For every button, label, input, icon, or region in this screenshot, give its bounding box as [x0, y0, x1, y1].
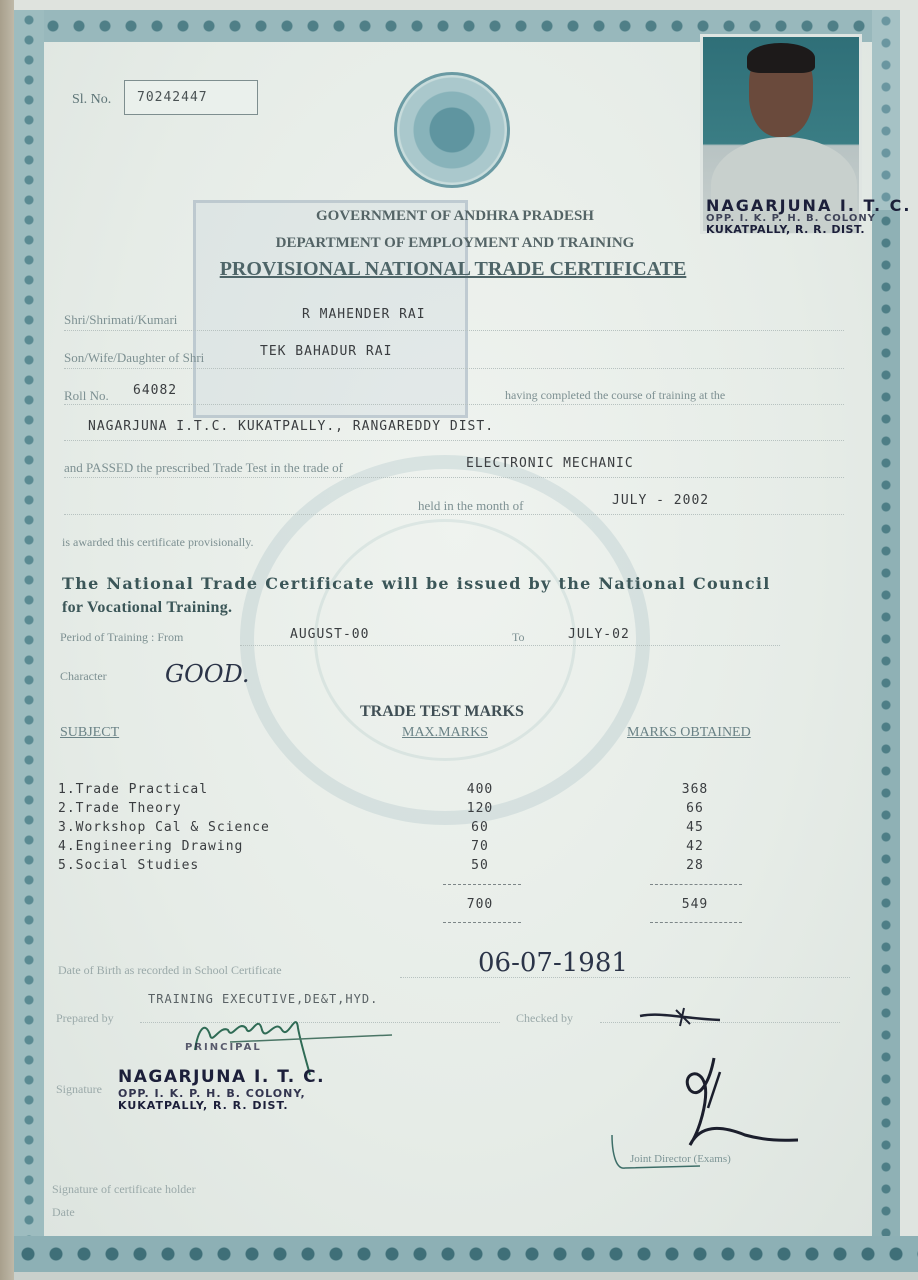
signature-label: Signature — [56, 1082, 102, 1097]
principal-institute-stamp: NAGARJUNA I. T. C. OPP. I. K. P. H. B. C… — [118, 1068, 358, 1113]
principal-stamp-line-3: KUKATPALLY, R. R. DIST. — [118, 1100, 358, 1113]
principal-stamp-line-1: NAGARJUNA I. T. C. — [118, 1068, 358, 1088]
director-signature-icon — [687, 1058, 798, 1145]
director-title: Joint Director (Exams) — [630, 1153, 731, 1165]
checked-mark-icon — [640, 1015, 720, 1020]
holder-signature-label: Signature of certificate holder — [52, 1182, 196, 1197]
principal-label: PRINCIPAL — [185, 1042, 262, 1053]
date-label: Date — [52, 1205, 75, 1220]
